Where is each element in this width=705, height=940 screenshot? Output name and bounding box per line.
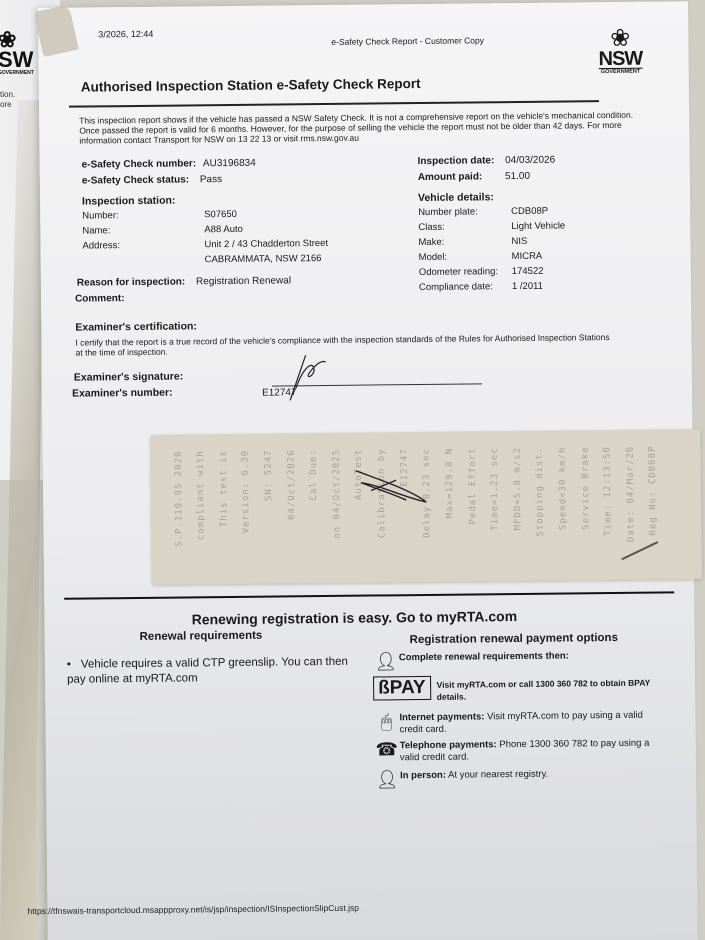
payment-option: 🖱︎ Internet payments: Visit myRTA.com to…	[373, 709, 663, 736]
check-number-row: e-Safety Check number: AU3196834	[82, 158, 256, 171]
check-number: AU3196834	[203, 158, 256, 170]
safety-check-report: 3/2026, 12:44 e-Safety Check Report - Cu…	[38, 1, 698, 940]
receipt-line: Cal Due:	[309, 449, 320, 500]
receipt-line: Pedal Effort	[467, 447, 478, 524]
telephone-icon: ☎	[374, 740, 400, 758]
check-status-row: e-Safety Check status: Pass	[82, 174, 222, 186]
receipt-line: MFDD=5.8 m/s2	[512, 447, 523, 531]
divider	[69, 100, 599, 107]
text-fragment: ore	[0, 100, 12, 109]
payment-option-bpay: ßPAY Visit myRTA.com or call 1300 360 78…	[373, 673, 663, 703]
brake-test-receipt: Reg No: CDB08PDate: 04/Mar/26Time: 12:13…	[150, 429, 702, 585]
reason-value: Registration Renewal	[196, 275, 291, 287]
receipt-line: Stopping dist.	[535, 447, 546, 537]
comment-row: Comment:	[75, 293, 125, 305]
receipt-line: on 04/Oct/2025	[331, 449, 342, 539]
person-icon: 👤︎	[373, 652, 399, 670]
intro-text: This inspection report shows if the vehi…	[79, 110, 654, 146]
receipt-line: Version: 6.30	[241, 450, 252, 534]
payment-option: 👤︎ Complete renewal requirements then:	[373, 649, 663, 670]
certification-heading: Examiner's certification:	[75, 320, 197, 333]
reason-row: Reason for inspection: Registration Rene…	[77, 275, 291, 288]
examiner-number: E12747	[262, 387, 297, 398]
receipt-line: Time: 12:13:50	[603, 446, 614, 536]
renewal-headline: Renewing registration is easy. Go to myR…	[44, 606, 664, 628]
text-fragment: tion.	[0, 90, 15, 99]
receipt-line: S.P.110.95 2020	[173, 451, 184, 547]
nsw-logo-partial: ❀ SW GOVERNMENT	[0, 30, 34, 76]
receipt-line: Time=1.23 sec	[490, 447, 501, 531]
certification-text: I certify that the report is a true reco…	[75, 332, 615, 358]
receipt-signature	[351, 460, 432, 511]
inspection-date: 04/03/2026	[505, 155, 555, 167]
mouse-icon: 🖱︎	[373, 712, 399, 730]
divider	[64, 591, 674, 599]
vehicle-row: Compliance date:1 /2011	[419, 280, 659, 298]
receipt-line: Service Brake	[580, 446, 591, 530]
document-label: e-Safety Check Report - Customer Copy	[331, 35, 484, 47]
tape-piece	[34, 4, 79, 57]
page-title: Authorised Inspection Station e-Safety C…	[81, 76, 421, 95]
receipt-line: Speed=30 km/h	[558, 446, 569, 530]
station-heading: Inspection station:	[82, 195, 175, 208]
vehicle-heading: Vehicle details:	[418, 191, 494, 204]
bullet-icon: •	[67, 658, 81, 673]
inspection-date-row: Inspection date: 04/03/2026	[418, 155, 556, 167]
requirement-item: •Vehicle requires a valid CTP greenslip.…	[67, 655, 367, 688]
bpay-logo: ßPAY	[373, 676, 431, 701]
station-details: Number:S07650 Name:A88 Auto Address:Unit…	[82, 207, 383, 270]
examiner-number-label: Examiner's number:	[72, 387, 173, 400]
footer-url: https://tfnswais-transportcloud.msapppro…	[27, 903, 359, 916]
print-timestamp: 3/2026, 12:44	[98, 29, 153, 40]
nsw-government-logo: ❀ NSW GOVERNMENT	[598, 28, 642, 75]
check-status: Pass	[200, 174, 222, 185]
signature-label: Examiner's signature:	[74, 371, 183, 384]
person-icon: 👤︎	[374, 770, 400, 788]
receipt-line: Date: 04/Mar/26	[625, 446, 636, 542]
requirements-heading: Renewal requirements	[140, 630, 263, 643]
receipt-line: Max=129.8 N	[445, 448, 456, 519]
receipt-line: SN: 5247	[264, 450, 275, 501]
amount-paid: 51.00	[505, 171, 530, 182]
receipt-line: Reg No: CDB08P	[648, 446, 659, 536]
amount-paid-row: Amount paid: 51.00	[418, 171, 530, 183]
payment-option: 👤︎ In person: At your nearest registry.	[374, 767, 664, 788]
station-row: CABRAMMATA, NSW 2166	[83, 252, 383, 270]
receipt-line: This test is	[218, 450, 229, 527]
receipt-line: compliant with	[196, 450, 207, 540]
payment-heading: Registration renewal payment options	[410, 632, 618, 646]
vehicle-details: Number plate:CDB08P Class:Light Vehicle …	[418, 205, 659, 298]
payment-option: ☎ Telephone payments: Phone 1300 360 782…	[374, 737, 664, 764]
receipt-line: 04/Oct/2026	[286, 449, 297, 520]
